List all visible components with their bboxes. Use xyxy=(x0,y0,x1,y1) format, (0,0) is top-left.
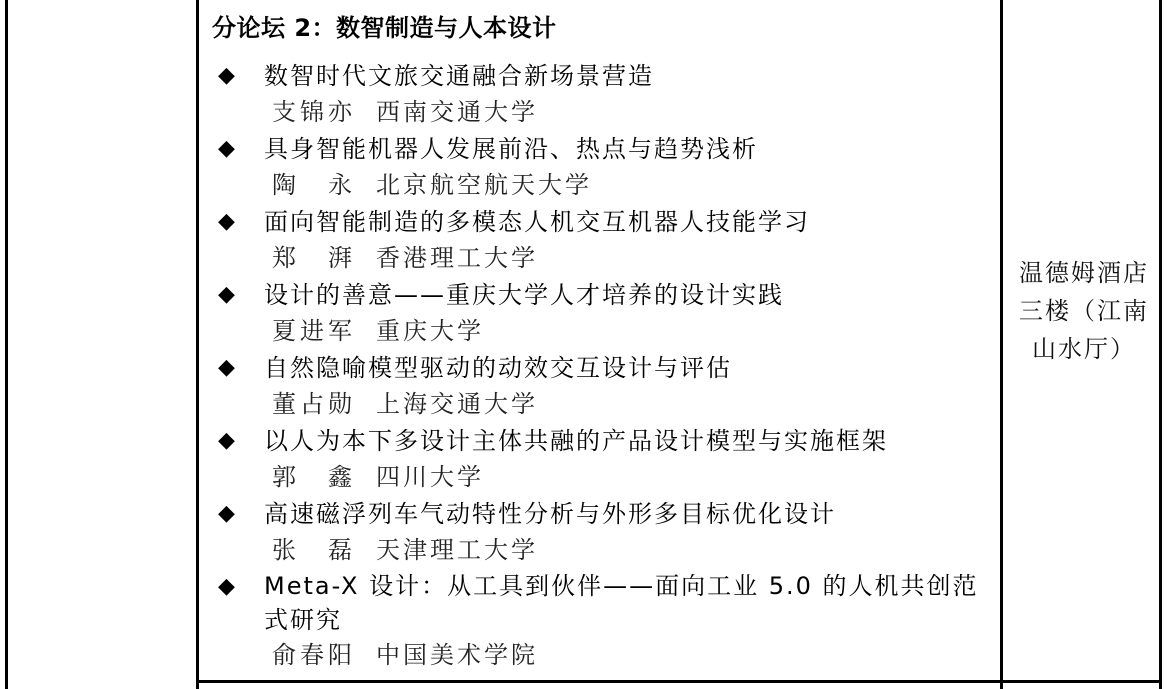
talk-item: ◆ 设计的善意——重庆大学人才培养的设计实践 夏进军重庆大学 xyxy=(200,277,1000,350)
talk-speaker-line: 陶 永北京航空航天大学 xyxy=(272,167,1000,204)
talk-speaker-line: 郭 鑫四川大学 xyxy=(272,459,1000,496)
talk-list: ◆ 数智时代文旅交通融合新场景营造 支锦亦西南交通大学 ◆ 具身智能机器人发展前… xyxy=(200,58,1000,674)
talk-speaker-line: 张 磊天津理工大学 xyxy=(272,532,1000,569)
talk-speaker-line: 董占勋上海交通大学 xyxy=(272,386,1000,423)
talk-item: ◆ 自然隐喻模型驱动的动效交互设计与评估 董占勋上海交通大学 xyxy=(200,350,1000,423)
venue-text: 温德姆酒店三楼（江南山水厅） xyxy=(1016,254,1152,368)
talk-title: 自然隐喻模型驱动的动效交互设计与评估 xyxy=(264,350,1000,386)
diamond-bullet-icon: ◆ xyxy=(218,58,235,94)
talk-title: 数智时代文旅交通融合新场景营造 xyxy=(264,58,1000,94)
speaker-name: 郭 鑫 xyxy=(272,463,356,491)
speaker-name: 张 磊 xyxy=(272,536,356,564)
talk-item: ◆ 以人为本下多设计主体共融的产品设计模型与实施框架 郭 鑫四川大学 xyxy=(200,423,1000,496)
talk-item: ◆ Meta-X 设计：从工具到伙伴——面向工业 5.0 的人机共创范式研究 俞… xyxy=(200,569,1000,674)
talk-speaker-line: 俞春阳中国美术学院 xyxy=(272,637,1000,674)
diamond-bullet-icon: ◆ xyxy=(218,350,235,386)
table-border-column-1 xyxy=(196,0,199,689)
time-cell xyxy=(8,0,196,689)
speaker-name: 俞春阳 xyxy=(272,641,356,669)
speaker-affiliation: 北京航空航天大学 xyxy=(376,171,592,199)
talk-speaker-line: 夏进军重庆大学 xyxy=(272,313,1000,350)
table-border-column-2 xyxy=(1000,0,1003,689)
speaker-affiliation: 香港理工大学 xyxy=(376,244,538,272)
talk-item: ◆ 面向智能制造的多模态人机交互机器人技能学习 郑 湃香港理工大学 xyxy=(200,204,1000,277)
talk-title: 具身智能机器人发展前沿、热点与趋势浅析 xyxy=(264,131,1000,167)
speaker-affiliation: 西南交通大学 xyxy=(376,98,538,126)
talk-title: Meta-X 设计：从工具到伙伴——面向工业 5.0 的人机共创范式研究 xyxy=(264,569,984,637)
diamond-bullet-icon: ◆ xyxy=(218,204,235,240)
talk-title: 高速磁浮列车气动特性分析与外形多目标优化设计 xyxy=(264,496,1000,532)
talk-speaker-line: 支锦亦西南交通大学 xyxy=(272,94,1000,131)
speaker-name: 郑 湃 xyxy=(272,244,356,272)
diamond-bullet-icon: ◆ xyxy=(218,496,235,532)
speaker-name: 夏进军 xyxy=(272,317,356,345)
talk-item: ◆ 高速磁浮列车气动特性分析与外形多目标优化设计 张 磊天津理工大学 xyxy=(200,496,1000,569)
diamond-bullet-icon: ◆ xyxy=(218,423,235,459)
talk-title: 面向智能制造的多模态人机交互机器人技能学习 xyxy=(264,204,1000,240)
table-row-divider xyxy=(196,680,1162,683)
speaker-affiliation: 四川大学 xyxy=(376,463,484,491)
session-title: 分论坛 2：数智制造与人本设计 xyxy=(212,8,557,43)
diamond-bullet-icon: ◆ xyxy=(218,131,235,167)
speaker-name: 陶 永 xyxy=(272,171,356,199)
speaker-name: 支锦亦 xyxy=(272,98,356,126)
table-border-right xyxy=(1159,0,1162,689)
talk-title: 以人为本下多设计主体共融的产品设计模型与实施框架 xyxy=(264,423,1000,459)
speaker-affiliation: 天津理工大学 xyxy=(376,536,538,564)
talk-title: 设计的善意——重庆大学人才培养的设计实践 xyxy=(264,277,1000,313)
talk-speaker-line: 郑 湃香港理工大学 xyxy=(272,240,1000,277)
speaker-affiliation: 上海交通大学 xyxy=(376,390,538,418)
talk-item: ◆ 具身智能机器人发展前沿、热点与趋势浅析 陶 永北京航空航天大学 xyxy=(200,131,1000,204)
diamond-bullet-icon: ◆ xyxy=(218,569,235,605)
speaker-name: 董占勋 xyxy=(272,390,356,418)
talk-item: ◆ 数智时代文旅交通融合新场景营造 支锦亦西南交通大学 xyxy=(200,58,1000,131)
speaker-affiliation: 重庆大学 xyxy=(376,317,484,345)
speaker-affiliation: 中国美术学院 xyxy=(376,641,538,669)
diamond-bullet-icon: ◆ xyxy=(218,277,235,313)
